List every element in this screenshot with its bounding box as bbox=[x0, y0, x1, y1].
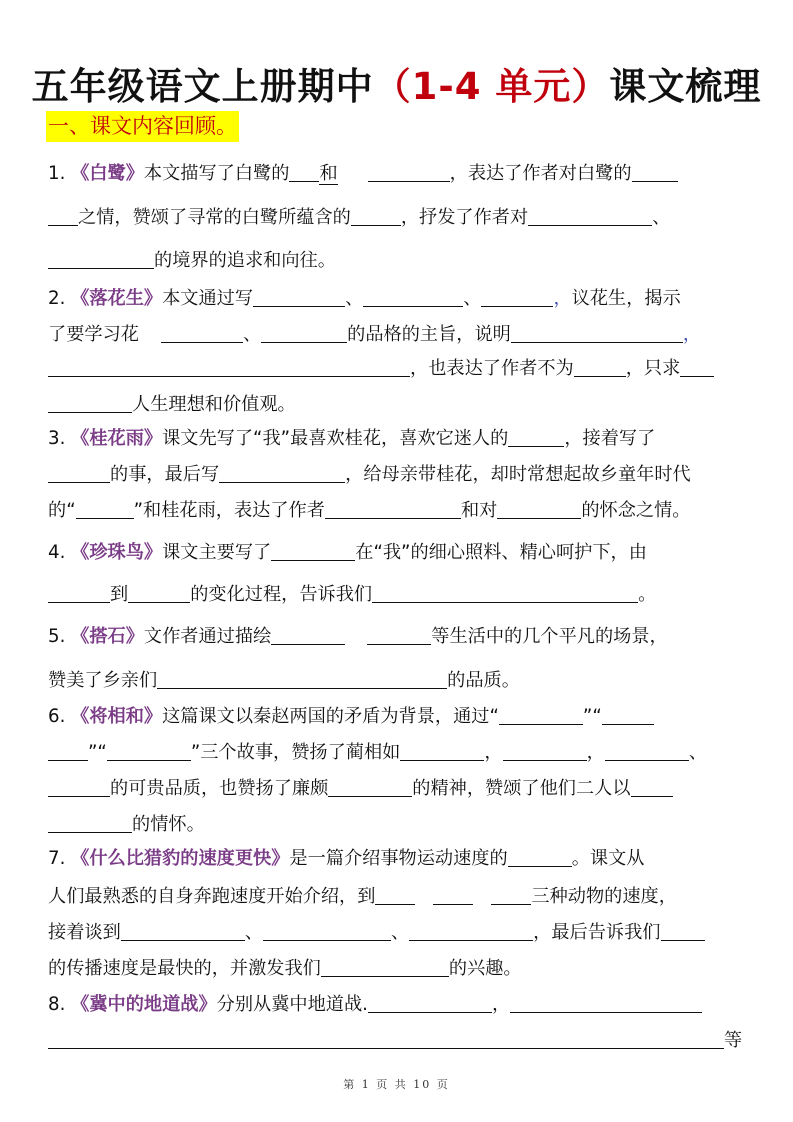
blank[interactable] bbox=[289, 162, 319, 182]
item-3-line-2: 的事，最后写，给母亲带桂花，却时常想起故乡童年时代 bbox=[48, 462, 748, 488]
lesson-title: 《桂花雨》 bbox=[71, 428, 162, 449]
text: 议花生，揭示 bbox=[572, 288, 681, 309]
blank[interactable] bbox=[263, 921, 391, 941]
text: ， bbox=[484, 742, 502, 763]
lesson-title: 《白鹭》 bbox=[71, 163, 144, 184]
text: 这篇课文以秦赵两国的矛盾为背景，通过“ bbox=[162, 706, 499, 727]
text: 的品格的主旨，说明 bbox=[347, 324, 511, 345]
text: 的情怀。 bbox=[132, 814, 205, 835]
item-8-line-1: 8. 《冀中的地道战》分别从冀中地道战.， bbox=[48, 992, 748, 1018]
text: 、 bbox=[345, 288, 363, 309]
blank[interactable] bbox=[107, 741, 191, 761]
title-prefix: 五年级语文上册期中 bbox=[32, 65, 374, 108]
blank[interactable] bbox=[661, 921, 705, 941]
blank[interactable] bbox=[48, 249, 154, 269]
blank[interactable] bbox=[508, 427, 564, 447]
blank[interactable] bbox=[605, 741, 689, 761]
item-7-line-1: 7. 《什么比猎豹的速度更快》是一篇介绍事物运动速度的。课文从 bbox=[48, 846, 748, 872]
text: 等 bbox=[724, 1030, 742, 1051]
item-6-line-2: ”“”三个故事，赞扬了蔺相如，，、 bbox=[48, 740, 748, 766]
text: 是一篇介绍事物运动速度的 bbox=[289, 848, 507, 869]
text: 、 bbox=[463, 288, 481, 309]
blank[interactable] bbox=[261, 323, 347, 343]
section-heading: 一、课文内容回顾。 bbox=[46, 111, 239, 142]
item-number: 3. bbox=[48, 428, 65, 449]
blank[interactable] bbox=[367, 625, 431, 645]
text: 的兴趣。 bbox=[449, 958, 522, 979]
blank[interactable] bbox=[48, 741, 88, 761]
item-4-line-1: 4. 《珍珠鸟》课文主要写了在“我”的细心照料、精心呵护下，由 bbox=[48, 540, 748, 566]
blank[interactable] bbox=[48, 583, 110, 603]
blank[interactable] bbox=[325, 499, 461, 519]
item-7-line-3: 接着谈到、、，最后告诉我们 bbox=[48, 920, 748, 946]
blank[interactable] bbox=[121, 921, 245, 941]
blank[interactable] bbox=[271, 541, 355, 561]
blank[interactable] bbox=[253, 287, 345, 307]
item-4-line-2: 到的变化过程，告诉我们。 bbox=[48, 582, 748, 608]
text: 的“ bbox=[48, 500, 76, 521]
text: 。课文从 bbox=[572, 848, 645, 869]
text: 课文主要写了 bbox=[162, 542, 271, 563]
text: 。 bbox=[638, 584, 656, 605]
blank[interactable] bbox=[48, 1029, 724, 1049]
blank[interactable] bbox=[433, 885, 473, 905]
text: ， bbox=[587, 742, 605, 763]
text: 的品质。 bbox=[447, 670, 520, 691]
text: 了要学习花 bbox=[48, 324, 139, 345]
text: 和 bbox=[319, 163, 337, 185]
blank[interactable] bbox=[528, 206, 652, 226]
blank[interactable] bbox=[128, 583, 190, 603]
blank[interactable] bbox=[508, 847, 572, 867]
text: 的精神，赞颂了他们二人以 bbox=[412, 778, 630, 799]
blank[interactable] bbox=[400, 741, 484, 761]
lesson-title: 《什么比猎豹的速度更快》 bbox=[71, 848, 289, 869]
item-number: 7. bbox=[48, 848, 65, 869]
blank[interactable] bbox=[48, 393, 132, 413]
item-number: 8. bbox=[48, 994, 65, 1015]
text: ，接着写了 bbox=[564, 428, 655, 449]
text: 人生理想和价值观。 bbox=[132, 394, 296, 415]
text: ”三个故事，赞扬了蔺相如 bbox=[191, 742, 401, 763]
text: 、 bbox=[243, 324, 261, 345]
item-1-line-2: 之情，赞颂了寻常的白鹭所蕴含的，抒发了作者对、 bbox=[48, 205, 748, 231]
page-title: 五年级语文上册期中（1-4 单元）课文梳理 bbox=[0, 56, 793, 110]
item-8-line-2: 等 bbox=[48, 1028, 748, 1054]
blank[interactable] bbox=[574, 357, 626, 377]
item-3-line-3: 的“”和桂花雨，表达了作者和对的怀念之情。 bbox=[48, 498, 748, 524]
item-7-line-2: 人们最熟悉的自身奔跑速度开始介绍，到三种动物的速度， bbox=[48, 884, 748, 910]
blank[interactable] bbox=[491, 885, 531, 905]
lesson-title: 《珍珠鸟》 bbox=[71, 542, 162, 563]
text: 本文描写了白鹭的 bbox=[144, 163, 290, 184]
text: ， bbox=[492, 994, 510, 1015]
text: 分别从冀中地道战. bbox=[217, 994, 368, 1015]
text: 接着谈到 bbox=[48, 922, 121, 943]
item-5-line-2: 赞美了乡亲们的品质。 bbox=[48, 668, 748, 694]
blank[interactable] bbox=[48, 357, 410, 377]
item-1-line-3: 的境界的追求和向往。 bbox=[48, 248, 748, 274]
text: 的变化过程，告诉我们 bbox=[190, 584, 372, 605]
blank[interactable] bbox=[351, 206, 401, 226]
blank[interactable] bbox=[510, 993, 702, 1013]
blank[interactable] bbox=[375, 885, 415, 905]
text: 三种动物的速度， bbox=[531, 886, 677, 907]
text: 的怀念之情。 bbox=[581, 500, 690, 521]
blank[interactable] bbox=[503, 741, 587, 761]
text: 的传播速度是最快的，并激发我们 bbox=[48, 958, 321, 979]
text: ”和桂花雨，表达了作者 bbox=[134, 500, 325, 521]
text: ”“ bbox=[88, 742, 107, 763]
text: ，给母亲带桂花，却时常想起故乡童年时代 bbox=[345, 464, 691, 485]
text: 的可贵品质，也赞扬了廉颇 bbox=[110, 778, 328, 799]
blank[interactable] bbox=[48, 813, 132, 833]
blank[interactable] bbox=[372, 583, 638, 603]
blank[interactable] bbox=[48, 206, 78, 226]
text: 在“我”的细心照料、精心呵护下，由 bbox=[355, 542, 647, 563]
item-2-line-1: 2. 《落花生》本文通过写、、，议花生，揭示 bbox=[48, 286, 748, 312]
text: 等生活中的几个平凡的场景， bbox=[431, 626, 667, 647]
item-6-line-3: 的可贵品质，也赞扬了廉颇的精神，赞颂了他们二人以 bbox=[48, 776, 748, 802]
blank[interactable] bbox=[481, 287, 553, 307]
lesson-title: 《落花生》 bbox=[71, 288, 162, 309]
text: 赞美了乡亲们 bbox=[48, 670, 157, 691]
item-6-line-1: 6. 《将相和》这篇课文以秦赵两国的矛盾为背景，通过“”“ bbox=[48, 704, 748, 730]
blank[interactable] bbox=[76, 499, 134, 519]
blank[interactable] bbox=[680, 357, 714, 377]
text: ，抒发了作者对 bbox=[401, 207, 528, 228]
text: 和对 bbox=[461, 500, 497, 521]
item-2-line-2: 了要学习花、的品格的主旨，说明， bbox=[48, 322, 748, 348]
text: 的境界的追求和向往。 bbox=[154, 250, 336, 271]
title-unit-range: （1-4 单元） bbox=[374, 65, 610, 108]
text: 之情，赞颂了寻常的白鹭所蕴含的 bbox=[78, 207, 351, 228]
blank[interactable] bbox=[219, 463, 345, 483]
blank[interactable] bbox=[368, 162, 450, 182]
blank[interactable] bbox=[321, 957, 449, 977]
text: ，只求 bbox=[626, 358, 681, 379]
blank[interactable] bbox=[631, 777, 673, 797]
item-number: 4. bbox=[48, 542, 65, 563]
lesson-title: 《将相和》 bbox=[71, 706, 162, 727]
item-2-line-4: 人生理想和价值观。 bbox=[48, 392, 748, 418]
lesson-title: 《搭石》 bbox=[71, 626, 144, 647]
text: 课文先写了“我”最喜欢桂花，喜欢它迷人的 bbox=[162, 428, 508, 449]
text: 本文通过写 bbox=[162, 288, 253, 309]
title-suffix: 课文梳理 bbox=[609, 65, 761, 108]
blank[interactable] bbox=[602, 705, 654, 725]
blank[interactable] bbox=[161, 323, 243, 343]
blank[interactable] bbox=[632, 162, 678, 182]
text: 、 bbox=[652, 207, 670, 228]
item-number: 2. bbox=[48, 288, 65, 309]
blank[interactable] bbox=[497, 499, 581, 519]
blank[interactable] bbox=[409, 921, 533, 941]
blank[interactable] bbox=[363, 287, 463, 307]
text: 、 bbox=[245, 922, 263, 943]
item-number: 6. bbox=[48, 706, 65, 727]
item-1-line-1: 1. 《白鹭》本文描写了白鹭的和，表达了作者对白鹭的 bbox=[48, 161, 748, 187]
text: ”“ bbox=[583, 706, 602, 727]
text: ， bbox=[553, 288, 571, 309]
text: 到 bbox=[110, 584, 128, 605]
text: ， bbox=[683, 324, 701, 345]
text: 文作者通过描绘 bbox=[144, 626, 271, 647]
lesson-title: 《冀中的地道战》 bbox=[71, 994, 217, 1015]
blank[interactable] bbox=[328, 777, 412, 797]
blank[interactable] bbox=[48, 463, 110, 483]
item-number: 5. bbox=[48, 626, 65, 647]
item-7-line-4: 的传播速度是最快的，并激发我们的兴趣。 bbox=[48, 956, 748, 982]
blank[interactable] bbox=[157, 669, 447, 689]
blank[interactable] bbox=[48, 777, 110, 797]
item-2-line-3: ，也表达了作者不为，只求 bbox=[48, 356, 748, 382]
blank[interactable] bbox=[271, 625, 345, 645]
page-footer: 第 1 页 共 10 页 bbox=[0, 1076, 793, 1092]
item-5-line-1: 5. 《搭石》文作者通过描绘等生活中的几个平凡的场景， bbox=[48, 624, 748, 650]
item-3-line-1: 3. 《桂花雨》课文先写了“我”最喜欢桂花，喜欢它迷人的，接着写了 bbox=[48, 426, 748, 452]
blank[interactable] bbox=[368, 993, 492, 1013]
text: ，表达了作者对白鹭的 bbox=[450, 163, 632, 184]
item-6-line-4: 的情怀。 bbox=[48, 812, 748, 838]
text: 人们最熟悉的自身奔跑速度开始介绍，到 bbox=[48, 886, 375, 907]
text: 、 bbox=[689, 742, 707, 763]
text: 、 bbox=[391, 922, 409, 943]
item-number: 1. bbox=[48, 163, 65, 184]
blank[interactable] bbox=[511, 323, 683, 343]
text: ，最后告诉我们 bbox=[533, 922, 660, 943]
blank[interactable] bbox=[499, 705, 583, 725]
text: 的事，最后写 bbox=[110, 464, 219, 485]
text: ，也表达了作者不为 bbox=[410, 358, 574, 379]
